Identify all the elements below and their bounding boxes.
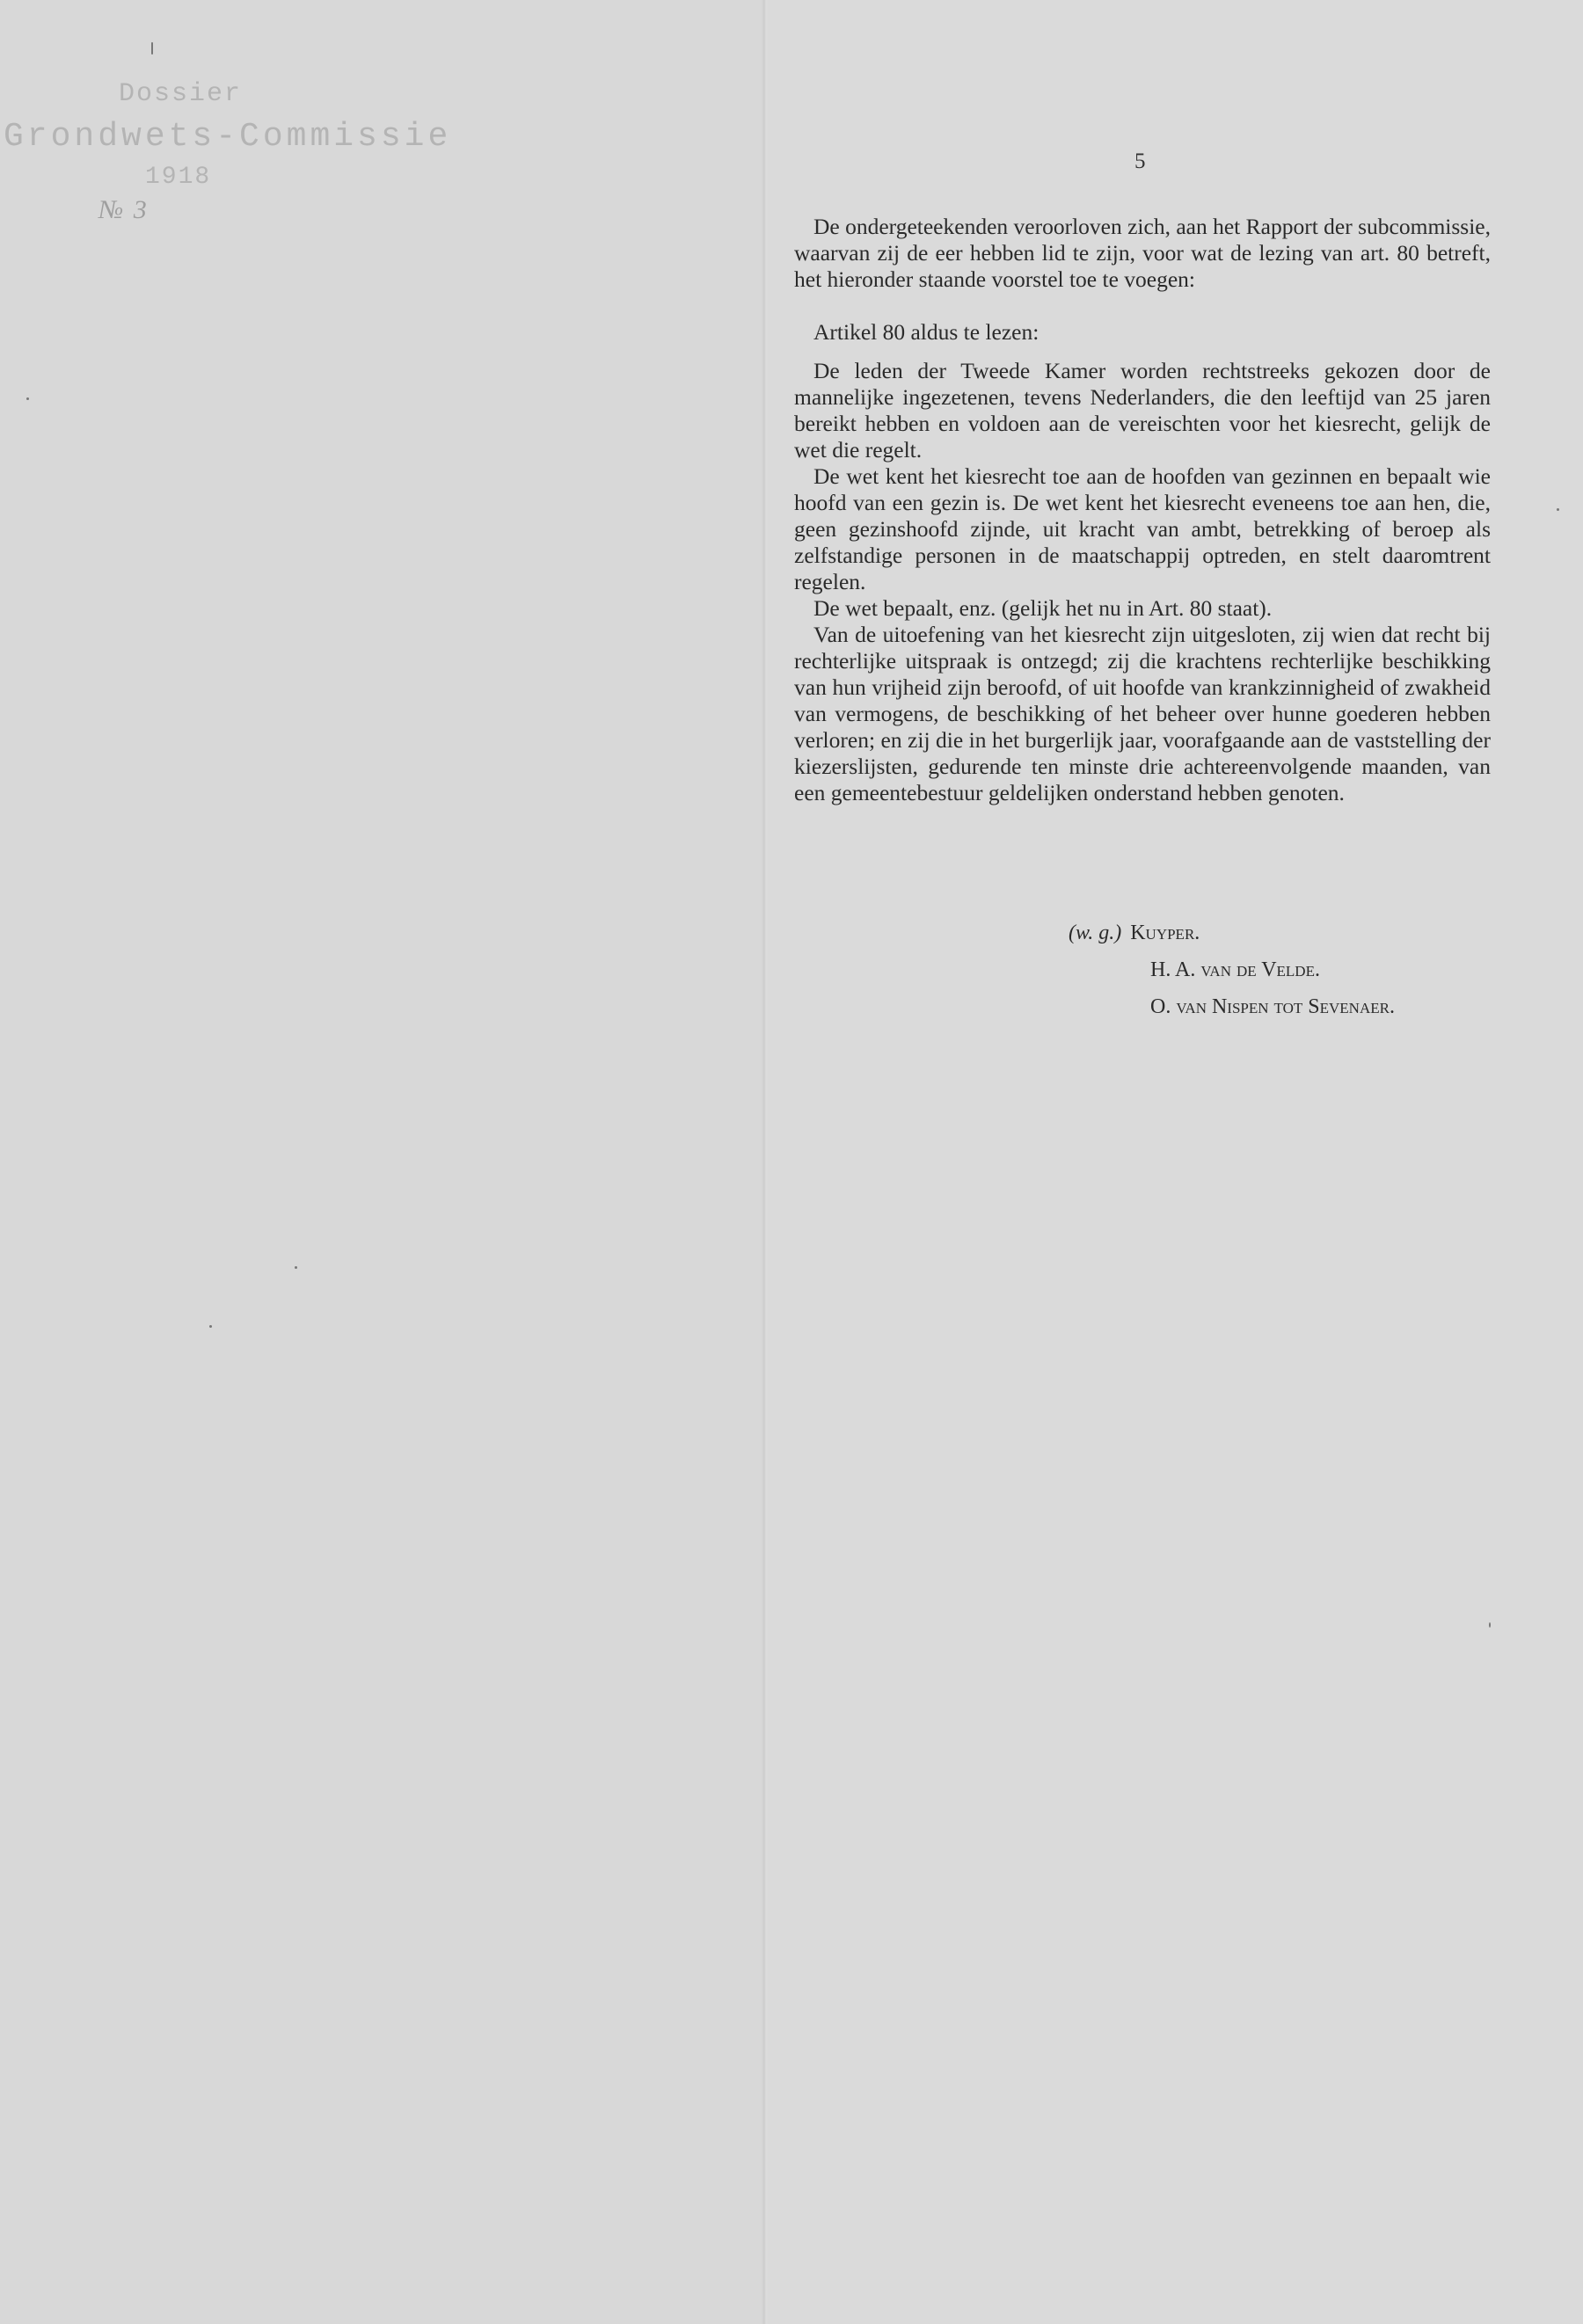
stamp-number: № 3 [98,195,149,225]
article-paragraph-4: Van de uitoefening van het kiesrecht zij… [794,622,1491,806]
stamp-year: 1918 [145,164,211,191]
paper-speck [295,1266,297,1269]
signature-line-1: (w. g.)Kuyper. [1069,914,1395,951]
signature-name-kuyper: Kuyper. [1130,922,1200,944]
stamp-commission: Grondwets-Commissie [4,118,451,156]
stamp-dossier: Dossier [119,79,242,109]
page-fold [762,0,769,2324]
article-heading: Artikel 80 aldus te lezen: [794,319,1491,346]
left-page-blank [0,0,765,2324]
paper-speck [1557,508,1559,511]
paper-speck [151,42,153,55]
paper-speck [1489,1622,1491,1628]
paper-speck [209,1325,212,1328]
signature-prefix: (w. g.) [1069,922,1121,944]
paper-speck [26,397,29,400]
signature-name-van-nispen: O. van Nispen tot Sevenaer. [1069,988,1395,1025]
signature-name-van-de-velde: H. A. van de Velde. [1069,951,1395,988]
article-paragraph-2: De wet kent het kiesrecht toe aan de hoo… [794,463,1491,595]
document-body: De ondergeteekenden veroorloven zich, aa… [794,214,1491,806]
article-paragraph-1: De leden der Tweede Kamer worden rechtst… [794,358,1491,463]
signature-block: (w. g.)Kuyper. H. A. van de Velde. O. va… [1069,914,1395,1025]
page-number: 5 [1134,149,1146,174]
intro-paragraph: De ondergeteekenden veroorloven zich, aa… [794,214,1491,293]
article-paragraph-3: De wet bepaalt, enz. (gelijk het nu in A… [794,595,1491,622]
